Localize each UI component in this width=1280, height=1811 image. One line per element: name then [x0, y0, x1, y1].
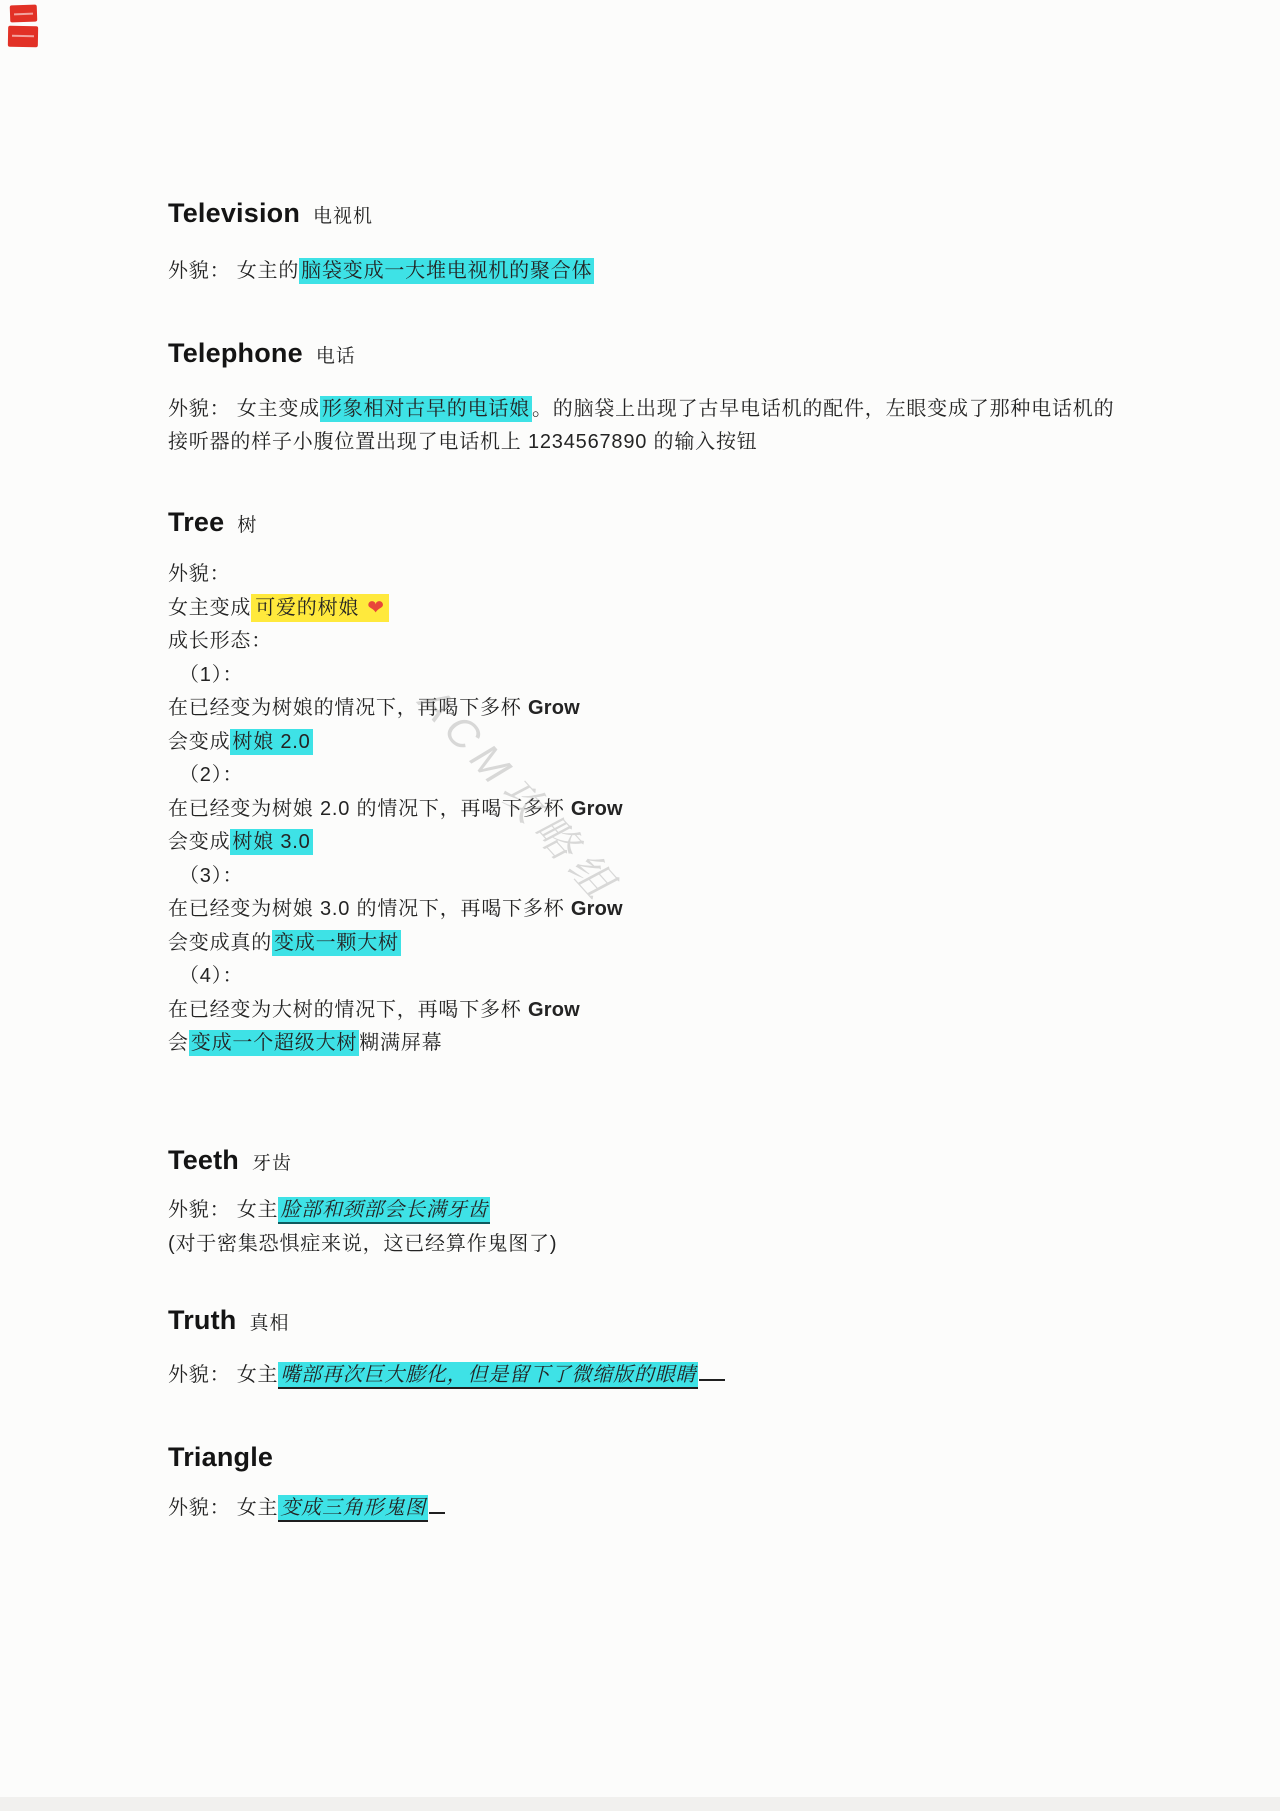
- section-telephone: Telephone电话 外貌： 女主变成形象相对古早的电话娘。的脑袋上出现了古早…: [168, 336, 1120, 458]
- section-body: 外貌： 女主变成三角形鬼图: [168, 1491, 1120, 1525]
- highlighted-phrase: 树娘 3.0: [230, 829, 312, 855]
- section-tree: Tree树 外貌： 女主变成可爱的树娘❤ 成长形态： （1）： 在已经变为树娘的…: [168, 505, 1120, 1061]
- section-teeth: Teeth牙齿 外貌： 女主脸部和颈部会长满牙齿 (对于密集恐惧症来说，这已经算…: [168, 1143, 1120, 1261]
- section-heading: Telephone电话: [168, 336, 1120, 374]
- body-text-bold: Grow: [528, 999, 580, 1021]
- body-line: 会变成一个超级大树糊满屏幕: [168, 1027, 1120, 1061]
- body-text: (对于密集恐惧症来说，这已经算作鬼图了): [168, 1233, 557, 1255]
- section-body: 外貌： 女主变成可爱的树娘❤ 成长形态： （1）： 在已经变为树娘的情况下，再喝…: [168, 558, 1120, 1061]
- body-text: 会变成真的: [168, 932, 272, 954]
- highlighted-phrase: 变成三角形鬼图: [278, 1495, 428, 1522]
- red-heart-icon: ❤: [363, 594, 389, 622]
- section-title-en: Television: [168, 198, 300, 228]
- body-line: (对于密集恐惧症来说，这已经算作鬼图了): [168, 1227, 1120, 1261]
- body-text: （1）：: [179, 664, 243, 686]
- section-body: 外貌： 女主变成形象相对古早的电话娘。的脑袋上出现了古早电话机的配件，左眼变成了…: [168, 393, 1120, 458]
- body-text: 在已经变为大树的情况下，再喝下多杯: [168, 999, 528, 1021]
- body-line: 成长形态：: [168, 625, 1120, 659]
- body-line: 外貌： 女主嘴部再次巨大膨化，但是留下了微缩版的眼睛: [168, 1358, 1120, 1392]
- body-text-bold: Grow: [528, 697, 580, 719]
- section-truth: Truth真相 外貌： 女主嘴部再次巨大膨化，但是留下了微缩版的眼睛: [168, 1303, 1120, 1392]
- page-bottom-edge: [0, 1797, 1280, 1811]
- section-television: Television电视机 外貌： 女主的脑袋变成一大堆电视机的聚合体: [168, 196, 1120, 289]
- body-line: 外貌： 女主脸部和颈部会长满牙齿: [168, 1193, 1120, 1227]
- highlighted-phrase: 树娘 2.0: [230, 729, 312, 755]
- body-line-numbered: （3）：: [168, 860, 1120, 894]
- body-text-bold: Grow: [571, 798, 623, 820]
- body-text: 外貌： 女主: [168, 1364, 278, 1386]
- body-text: 会变成: [168, 831, 230, 853]
- highlighted-phrase: 脑袋变成一大堆电视机的聚合体: [299, 258, 594, 284]
- body-line: 外貌：: [168, 558, 1120, 592]
- body-line: 会变成树娘 3.0: [168, 826, 1120, 860]
- section-title-zh: 电话: [316, 346, 356, 367]
- section-title-en: Truth: [168, 1305, 237, 1335]
- highlighted-phrase: 可爱的树娘: [251, 594, 363, 622]
- body-line: 在已经变为树娘 2.0 的情况下，再喝下多杯 Grow: [168, 793, 1120, 827]
- section-body: 外貌： 女主嘴部再次巨大膨化，但是留下了微缩版的眼睛: [168, 1358, 1120, 1392]
- body-line: 外貌： 女主的脑袋变成一大堆电视机的聚合体: [168, 255, 1120, 289]
- body-text: （3）：: [179, 865, 243, 887]
- body-line: 会变成真的变成一颗大树: [168, 927, 1120, 961]
- body-text: 会变成: [168, 731, 230, 753]
- body-text: 在已经变为树娘 2.0 的情况下，再喝下多杯: [168, 798, 571, 820]
- section-heading: Television电视机: [168, 196, 1120, 234]
- body-text: （2）：: [179, 764, 243, 786]
- body-text: （4）：: [179, 965, 243, 987]
- section-title-en: Teeth: [168, 1145, 239, 1175]
- body-text: 成长形态：: [168, 630, 272, 652]
- body-line-numbered: （2）：: [168, 759, 1120, 793]
- body-line: 外貌： 女主变成三角形鬼图: [168, 1491, 1120, 1525]
- section-triangle: Triangle 外貌： 女主变成三角形鬼图: [168, 1440, 1120, 1525]
- body-text: 女主变成: [168, 597, 251, 619]
- highlighted-phrase: 脸部和颈部会长满牙齿: [278, 1197, 490, 1224]
- body-text: 外貌： 女主变成: [168, 398, 320, 420]
- body-line-numbered: （4）：: [168, 960, 1120, 994]
- body-text: 在已经变为树娘的情况下，再喝下多杯: [168, 697, 528, 719]
- section-title-en: Telephone: [168, 338, 303, 368]
- section-heading: Teeth牙齿: [168, 1143, 1120, 1181]
- body-text-bold: Grow: [571, 898, 623, 920]
- section-body: 外貌： 女主脸部和颈部会长满牙齿 (对于密集恐惧症来说，这已经算作鬼图了): [168, 1193, 1120, 1261]
- highlighted-phrase: 变成一个超级大树: [189, 1030, 359, 1056]
- body-text: 外貌：: [168, 563, 230, 585]
- red-stamp-mark: [8, 26, 38, 48]
- highlighted-phrase: 变成一颗大树: [272, 930, 401, 956]
- body-line: 会变成树娘 2.0: [168, 726, 1120, 760]
- section-title-zh: 电视机: [313, 206, 373, 227]
- section-body: 外貌： 女主的脑袋变成一大堆电视机的聚合体: [168, 255, 1120, 289]
- section-heading: Triangle: [168, 1440, 1120, 1478]
- body-line: 在已经变为大树的情况下，再喝下多杯 Grow: [168, 994, 1120, 1028]
- highlighted-phrase: 嘴部再次巨大膨化，但是留下了微缩版的眼睛: [278, 1362, 698, 1389]
- body-line: 在已经变为树娘 3.0 的情况下，再喝下多杯 Grow: [168, 893, 1120, 927]
- body-text: 糊满屏幕: [359, 1032, 442, 1054]
- section-title-zh: 树: [237, 515, 257, 536]
- trailing-underline: [429, 1512, 445, 1514]
- body-text: 外貌： 女主的: [168, 260, 299, 282]
- body-paragraph: 外貌： 女主变成形象相对古早的电话娘。的脑袋上出现了古早电话机的配件，左眼变成了…: [168, 393, 1120, 458]
- section-heading: Tree树: [168, 505, 1120, 543]
- trailing-underline: [699, 1379, 725, 1381]
- section-title-en: Triangle: [168, 1442, 273, 1472]
- document-page: Television电视机 外貌： 女主的脑袋变成一大堆电视机的聚合体 Tele…: [0, 0, 1280, 1811]
- section-title-zh: 牙齿: [252, 1153, 292, 1174]
- body-line: 女主变成可爱的树娘❤: [168, 592, 1120, 626]
- body-text: 会: [168, 1032, 189, 1054]
- body-text: 在已经变为树娘 3.0 的情况下，再喝下多杯: [168, 898, 571, 920]
- section-title-en: Tree: [168, 507, 224, 537]
- section-heading: Truth真相: [168, 1303, 1120, 1341]
- body-line: 在已经变为树娘的情况下，再喝下多杯 Grow: [168, 692, 1120, 726]
- body-text: 外貌： 女主: [168, 1199, 278, 1221]
- body-line-numbered: （1）：: [168, 659, 1120, 693]
- body-text: 外貌： 女主: [168, 1497, 278, 1519]
- section-title-zh: 真相: [250, 1313, 290, 1334]
- red-stamp-mark: [10, 5, 38, 23]
- highlighted-phrase: 形象相对古早的电话娘: [320, 396, 532, 422]
